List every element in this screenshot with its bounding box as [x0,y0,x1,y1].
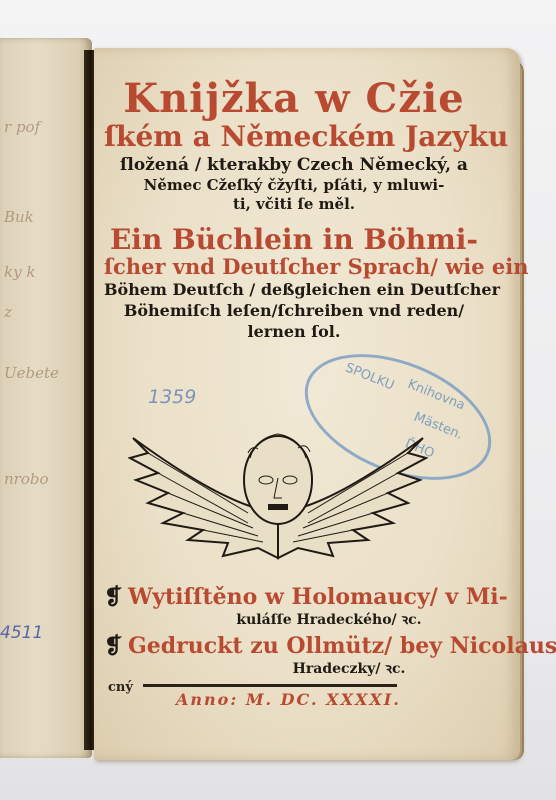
imprint: ❡ Wytiſſtěno w Holomaucy/ v Mi- kuláſſe … [104,584,494,678]
czech-title-line-5: ti, včiti ſe měl. [104,197,484,213]
imprint-german-black: Hradeczky/ ꝛc. [204,659,494,678]
czech-title-line-3: ſložená / kterakby Czech Německý, a [104,157,484,175]
shelf-number: 1359 [148,386,196,408]
czech-title-line-4: Němec Cžeſký čžyſti, pſáti, y mluwi- [104,178,484,194]
czech-title-line-2: ſkém a Německém Jazyku [104,122,484,151]
imprint-czech-row: ❡ Wytiſſtěno w Holomaucy/ v Mi- [104,584,494,610]
imprint-german-row: ❡ Gedruckt zu Ollmütz/ bey Nicolaus [104,633,494,659]
publication-date: Anno: M. DC. XXXXI. [176,690,401,709]
cherub-woodcut-icon [128,418,428,568]
german-title-line-2: ſcher vnd Deutſcher Sprach/ wie ein [104,256,484,278]
german-title-line-5: lernen ſol. [104,324,484,341]
inventory-number: 4511 [0,623,43,643]
title-block: Knijžka w Cžie ſkém a Německém Jazyku ſl… [104,78,484,341]
horizontal-rule [143,684,397,687]
handwriting: z [4,303,12,321]
handwriting: Buk [4,208,34,226]
stamp-text: SPOLKU [343,360,396,393]
handwriting: nrobo [4,470,49,488]
imprint-czech-black: kuláſſe Hradeckého/ ꝛc. [164,610,494,629]
handwriting: ky k [4,263,35,281]
pilcrow-icon: ❡ [104,584,118,610]
catchword: cný [108,680,133,695]
german-title-line-3: Böhem Deutſch / deßgleichen ein Deutſche… [104,282,484,299]
imprint-german-red: Gedruckt zu Ollmütz/ bey Nicolaus [128,633,556,659]
pilcrow-icon: ❡ [104,633,118,659]
left-page: r pof Buk ky k z Uebete nrobo 4511 [0,38,92,758]
imprint-czech-red: Wytiſſtěno w Holomaucy/ v Mi- [128,584,508,610]
german-title-line-1: Ein Büchlein in Böhmi- [104,225,484,254]
handwriting: Uebete [4,364,59,382]
handwriting: r pof [4,118,40,136]
czech-title-line-1: Knijžka w Cžie [104,78,484,120]
german-title-line-4: Böhemiſch leſen/ſchreiben vnd reden/ [104,303,484,320]
